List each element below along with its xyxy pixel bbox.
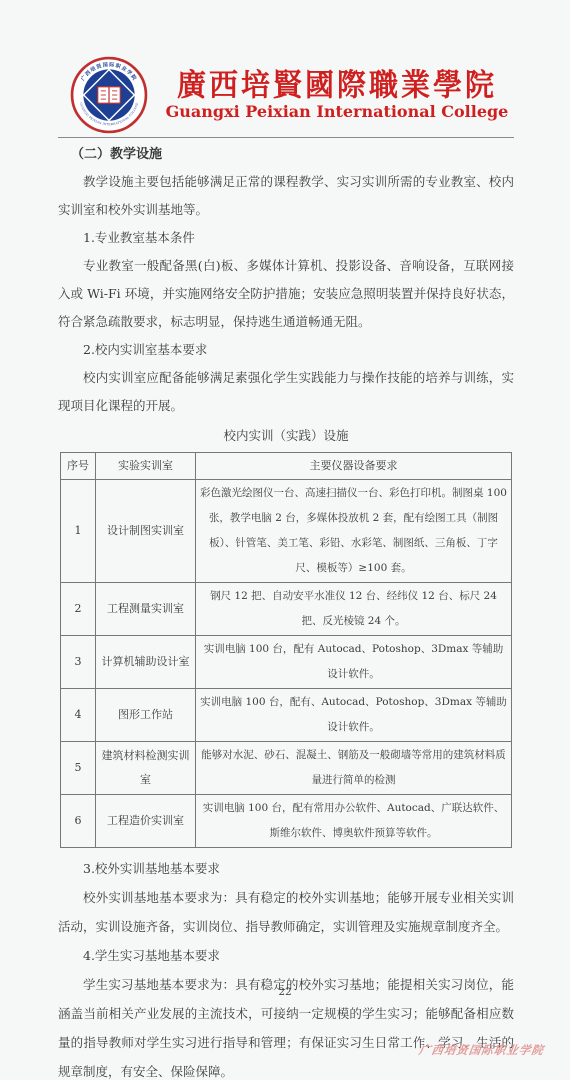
book-icon: [98, 87, 121, 103]
college-name-en: Guangxi Peixian International College: [166, 102, 509, 122]
equipment-requirements: 钢尺 12 把、自动安平水准仪 12 台、经纬仪 12 台、标尺 24 把、反光…: [196, 583, 512, 636]
page-number: 22: [0, 986, 570, 998]
list-item-heading: 2.校内实训室基本要求: [58, 336, 514, 364]
table-row: 2 工程测量实训室 钢尺 12 把、自动安平水准仪 12 台、经纬仪 12 台、…: [61, 583, 512, 636]
room-name: 工程造价实训室: [96, 795, 196, 848]
college-header: 广西培贤国际职业学院 GUANGXI PEIXIAN INTERNATIONAL…: [70, 55, 514, 135]
facilities-table: 序号 实验实训室 主要仪器设备要求 1 设计制图实训室 彩色激光绘图仪一台、高速…: [60, 452, 512, 848]
table-row: 6 工程造价实训室 实训电脑 100 台，配有常用办公软件、Autocad、广联…: [61, 795, 512, 848]
college-title-block: 廣西培賢國際職業學院 Guangxi Peixian International…: [160, 68, 514, 122]
table-row: 5 建筑材料检测实训室 能够对水泥、砂石、混凝土、钢筋及一般砌墙等常用的建筑材料…: [61, 742, 512, 795]
table-header-row: 序号 实验实训室 主要仪器设备要求: [61, 453, 512, 480]
list-item-heading: 1.专业教室基本条件: [58, 224, 514, 252]
equipment-requirements: 彩色激光绘图仪一台、高速扫描仪一台、彩色打印机。制图桌 100 张，教学电脑 2…: [196, 480, 512, 583]
list-item-heading: 3.校外实训基地基本要求: [58, 854, 514, 883]
col-header-equipment: 主要仪器设备要求: [196, 453, 512, 480]
row-number: 5: [61, 742, 96, 795]
room-name: 设计制图实训室: [96, 480, 196, 583]
table-title: 校内实训（实践）设施: [58, 422, 514, 450]
paragraph: 校外实训基地基本要求为：具有稳定的校外实训基地；能够开展专业相关实训活动，实训设…: [58, 883, 514, 941]
row-number: 6: [61, 795, 96, 848]
table-row: 3 计算机辅助设计室 实训电脑 100 台，配有 Autocad、Potosho…: [61, 636, 512, 689]
room-name: 工程测量实训室: [96, 583, 196, 636]
header-rule: [58, 137, 514, 138]
equipment-requirements: 实训电脑 100 台，配有 Autocad、Potoshop、3Dmax 等辅助…: [196, 636, 512, 689]
equipment-requirements: 实训电脑 100 台，配有常用办公软件、Autocad、广联达软件、斯维尔软件、…: [196, 795, 512, 848]
room-name: 图形工作站: [96, 689, 196, 742]
watermark: 广西培贤国际职业学院: [418, 1042, 545, 1058]
paragraph: 教学设施主要包括能够满足正常的课程教学、实习实训所需的专业教室、校内实训室和校外…: [58, 168, 514, 224]
table-row: 4 图形工作站 实训电脑 100 台，配有、Autocad、Potoshop、3…: [61, 689, 512, 742]
col-header-number: 序号: [61, 453, 96, 480]
room-name: 计算机辅助设计室: [96, 636, 196, 689]
row-number: 3: [61, 636, 96, 689]
row-number: 4: [61, 689, 96, 742]
row-number: 2: [61, 583, 96, 636]
equipment-requirements: 实训电脑 100 台，配有、Autocad、Potoshop、3Dmax 等辅助…: [196, 689, 512, 742]
document-page: 广西培贤国际职业学院 GUANGXI PEIXIAN INTERNATIONAL…: [0, 0, 570, 1080]
college-seal-icon: 广西培贤国际职业学院 GUANGXI PEIXIAN INTERNATIONAL…: [70, 56, 148, 134]
equipment-requirements: 能够对水泥、砂石、混凝土、钢筋及一般砌墙等常用的建筑材料质量进行简单的检测: [196, 742, 512, 795]
col-header-room: 实验实训室: [96, 453, 196, 480]
room-name: 建筑材料检测实训室: [96, 742, 196, 795]
paragraph: 专业教室一般配备黑(白)板、多媒体计算机、投影设备、音响设备，互联网接入或 Wi…: [58, 252, 514, 336]
section-heading: （二）教学设施: [58, 142, 514, 168]
paragraph: 校内实训室应配备能够满足素强化学生实践能力与操作技能的培养与训练，实现项目化课程…: [58, 364, 514, 420]
list-item-heading: 4.学生实习基地基本要求: [58, 941, 514, 970]
row-number: 1: [61, 480, 96, 583]
table-row: 1 设计制图实训室 彩色激光绘图仪一台、高速扫描仪一台、彩色打印机。制图桌 10…: [61, 480, 512, 583]
college-name-zh: 廣西培賢國際職業學院: [177, 67, 497, 103]
